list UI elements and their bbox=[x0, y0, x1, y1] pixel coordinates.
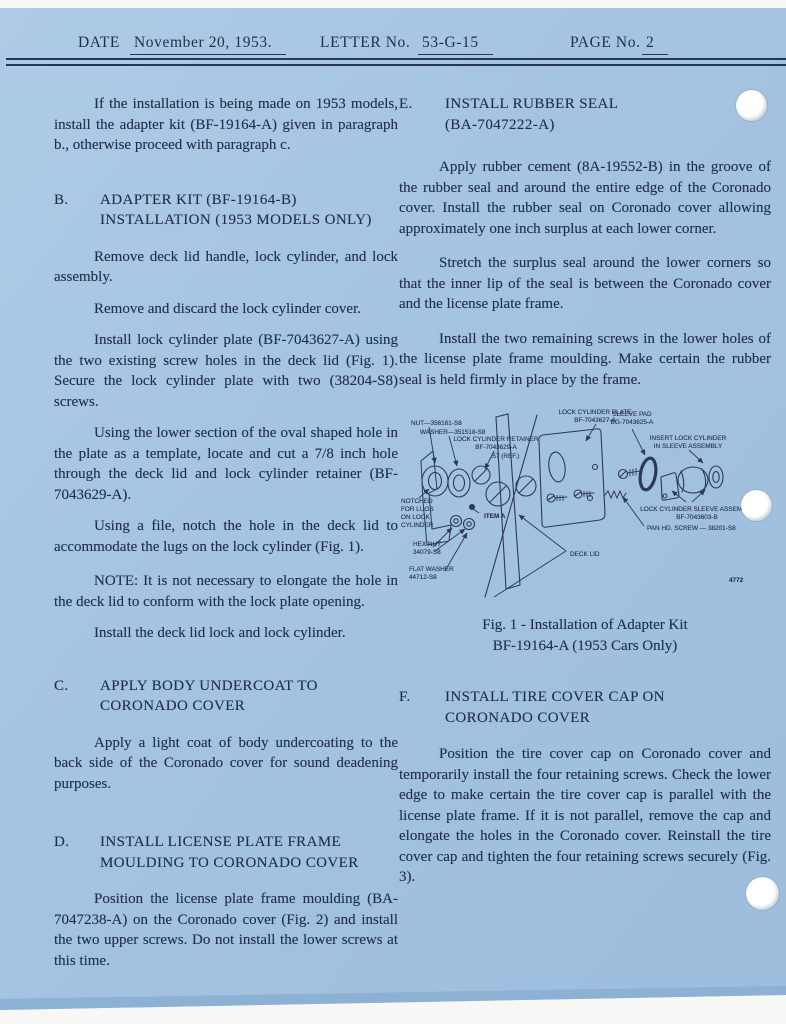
section-d-letter: D. bbox=[54, 832, 100, 873]
section-e-paragraph: Stretch the surplus seal around the lowe… bbox=[399, 253, 771, 315]
hex-nut-part-number: 34079-S8 bbox=[413, 549, 441, 556]
notched-note: NOTCHED bbox=[401, 498, 433, 505]
section-c-title: APPLY BODY UNDERCOAT TO CORONADO COVER bbox=[100, 676, 398, 717]
letter-no-value: 53-G-15 bbox=[418, 34, 493, 55]
section-e-letter: E. bbox=[399, 94, 445, 135]
flat-washer-label: FLAT WASHER bbox=[409, 566, 454, 573]
blue-paper-sheet: DATE November 20, 1953. LETTER No. 53-G-… bbox=[0, 8, 786, 1010]
section-b-paragraph: Install lock cylinder plate (BF-7043627-… bbox=[54, 330, 398, 412]
notched-note: CYLINDER bbox=[401, 522, 434, 529]
section-e-paragraph: Install the two remaining screws in the … bbox=[399, 329, 771, 391]
section-d-paragraph: Position the license plate frame mouldin… bbox=[54, 889, 398, 971]
punch-hole bbox=[736, 90, 767, 121]
section-b-paragraph: Using a file, notch the hole in the deck… bbox=[54, 516, 398, 557]
section-b-heading: B. ADAPTER KIT (BF-19164-B) INSTALLATION… bbox=[54, 190, 398, 231]
retainer-ref-dim: .57 (REF.) bbox=[491, 453, 520, 460]
figure-1: NUT—356161-S8 WASHER—351518-S8 LOCK CYLI… bbox=[399, 401, 771, 657]
washer-label: WASHER—351518-S8 bbox=[420, 429, 486, 436]
section-f-title: INSTALL TIRE COVER CAP ON CORONADO COVER bbox=[445, 687, 771, 728]
section-c-letter: C. bbox=[54, 676, 100, 717]
punch-hole bbox=[741, 490, 772, 521]
nut-label: NUT—356161-S8 bbox=[411, 420, 462, 427]
section-c-paragraph: Apply a light coat of body undercoating … bbox=[54, 733, 398, 795]
right-column: E. INSTALL RUBBER SEAL (BA-7047222-A) Ap… bbox=[399, 94, 771, 899]
figure-1-caption: Fig. 1 - Installation of Adapter Kit BF-… bbox=[399, 615, 771, 657]
section-e-heading: E. INSTALL RUBBER SEAL (BA-7047222-A) bbox=[399, 94, 771, 135]
callout-labels: NUT—356161-S8 WASHER—351518-S8 LOCK CYLI… bbox=[401, 409, 754, 584]
date-label: DATE bbox=[78, 34, 120, 52]
page-no-value: 2 bbox=[642, 34, 668, 55]
figure-code: 4772 bbox=[729, 577, 744, 584]
section-b-title: ADAPTER KIT (BF-19164-B) INSTALLATION (1… bbox=[100, 190, 398, 231]
section-b-letter: B. bbox=[54, 190, 100, 231]
sleeve-pad-part-number: BG-7043625-A bbox=[611, 419, 654, 426]
notched-note: FOR LUGS bbox=[401, 506, 434, 513]
section-b-note: NOTE: It is not necessary to elongate th… bbox=[54, 571, 398, 612]
section-d-title: INSTALL LICENSE PLATE FRAME MOULDING TO … bbox=[100, 832, 398, 873]
retainer-label: LOCK CYLINDER RETAINER bbox=[453, 436, 538, 443]
punch-hole bbox=[746, 877, 779, 910]
letter-no-label: LETTER No. bbox=[320, 34, 410, 52]
intro-paragraph: If the installation is being made on 195… bbox=[54, 94, 398, 156]
sleeve-pad-label: SLEEVE PAD bbox=[612, 411, 652, 418]
notched-note: ON LOCK bbox=[401, 514, 431, 521]
date-value: November 20, 1953. bbox=[130, 34, 286, 55]
item-a-label: ITEM A bbox=[484, 513, 506, 520]
section-f-heading: F. INSTALL TIRE COVER CAP ON CORONADO CO… bbox=[399, 687, 771, 728]
section-f-paragraph: Position the tire cover cap on Coronado … bbox=[399, 744, 771, 888]
hex-nut-label: HEX NUT bbox=[413, 541, 441, 548]
left-column: If the installation is being made on 195… bbox=[54, 94, 398, 982]
sleeve-assembly-part-number: BF-7043603-B bbox=[676, 514, 718, 521]
figure-1-drawing: NUT—356161-S8 WASHER—351518-S8 LOCK CYLI… bbox=[399, 401, 771, 607]
section-e-title: INSTALL RUBBER SEAL (BA-7047222-A) bbox=[445, 94, 771, 135]
section-c-heading: C. APPLY BODY UNDERCOAT TO CORONADO COVE… bbox=[54, 676, 398, 717]
section-d-heading: D. INSTALL LICENSE PLATE FRAME MOULDING … bbox=[54, 832, 398, 873]
flat-washer-part-number: 44712-S8 bbox=[409, 574, 437, 581]
section-b-paragraph: Install the deck lid lock and lock cylin… bbox=[54, 623, 398, 644]
insert-note: IN SLEEVE ASSEMBLY bbox=[654, 443, 723, 450]
pan-screw-label: PAN HD. SCREW — 38201-S8 bbox=[647, 525, 736, 532]
header-double-rule bbox=[6, 58, 786, 66]
deck-lid-label: DECK LID bbox=[570, 551, 600, 558]
sleeve-assembly-label: LOCK CYLINDER SLEEVE ASSEMBLY bbox=[640, 506, 754, 513]
page-no-label: PAGE No. bbox=[570, 34, 641, 52]
retainer-part-number: BF-7043629-A bbox=[475, 444, 517, 451]
insert-note: INSERT LOCK CYLINDER bbox=[650, 435, 727, 442]
section-b-paragraph: Remove and discard the lock cylinder cov… bbox=[54, 299, 398, 320]
section-b-paragraph: Using the lower section of the oval shap… bbox=[54, 423, 398, 505]
page-bottom-edge bbox=[0, 986, 786, 1013]
section-b-paragraph: Remove deck lid handle, lock cylinder, a… bbox=[54, 247, 398, 288]
section-e-paragraph: Apply rubber cement (8A-19552-B) in the … bbox=[399, 157, 771, 239]
section-f-letter: F. bbox=[399, 687, 445, 728]
scanned-service-letter-page: DATE November 20, 1953. LETTER No. 53-G-… bbox=[0, 0, 786, 1024]
